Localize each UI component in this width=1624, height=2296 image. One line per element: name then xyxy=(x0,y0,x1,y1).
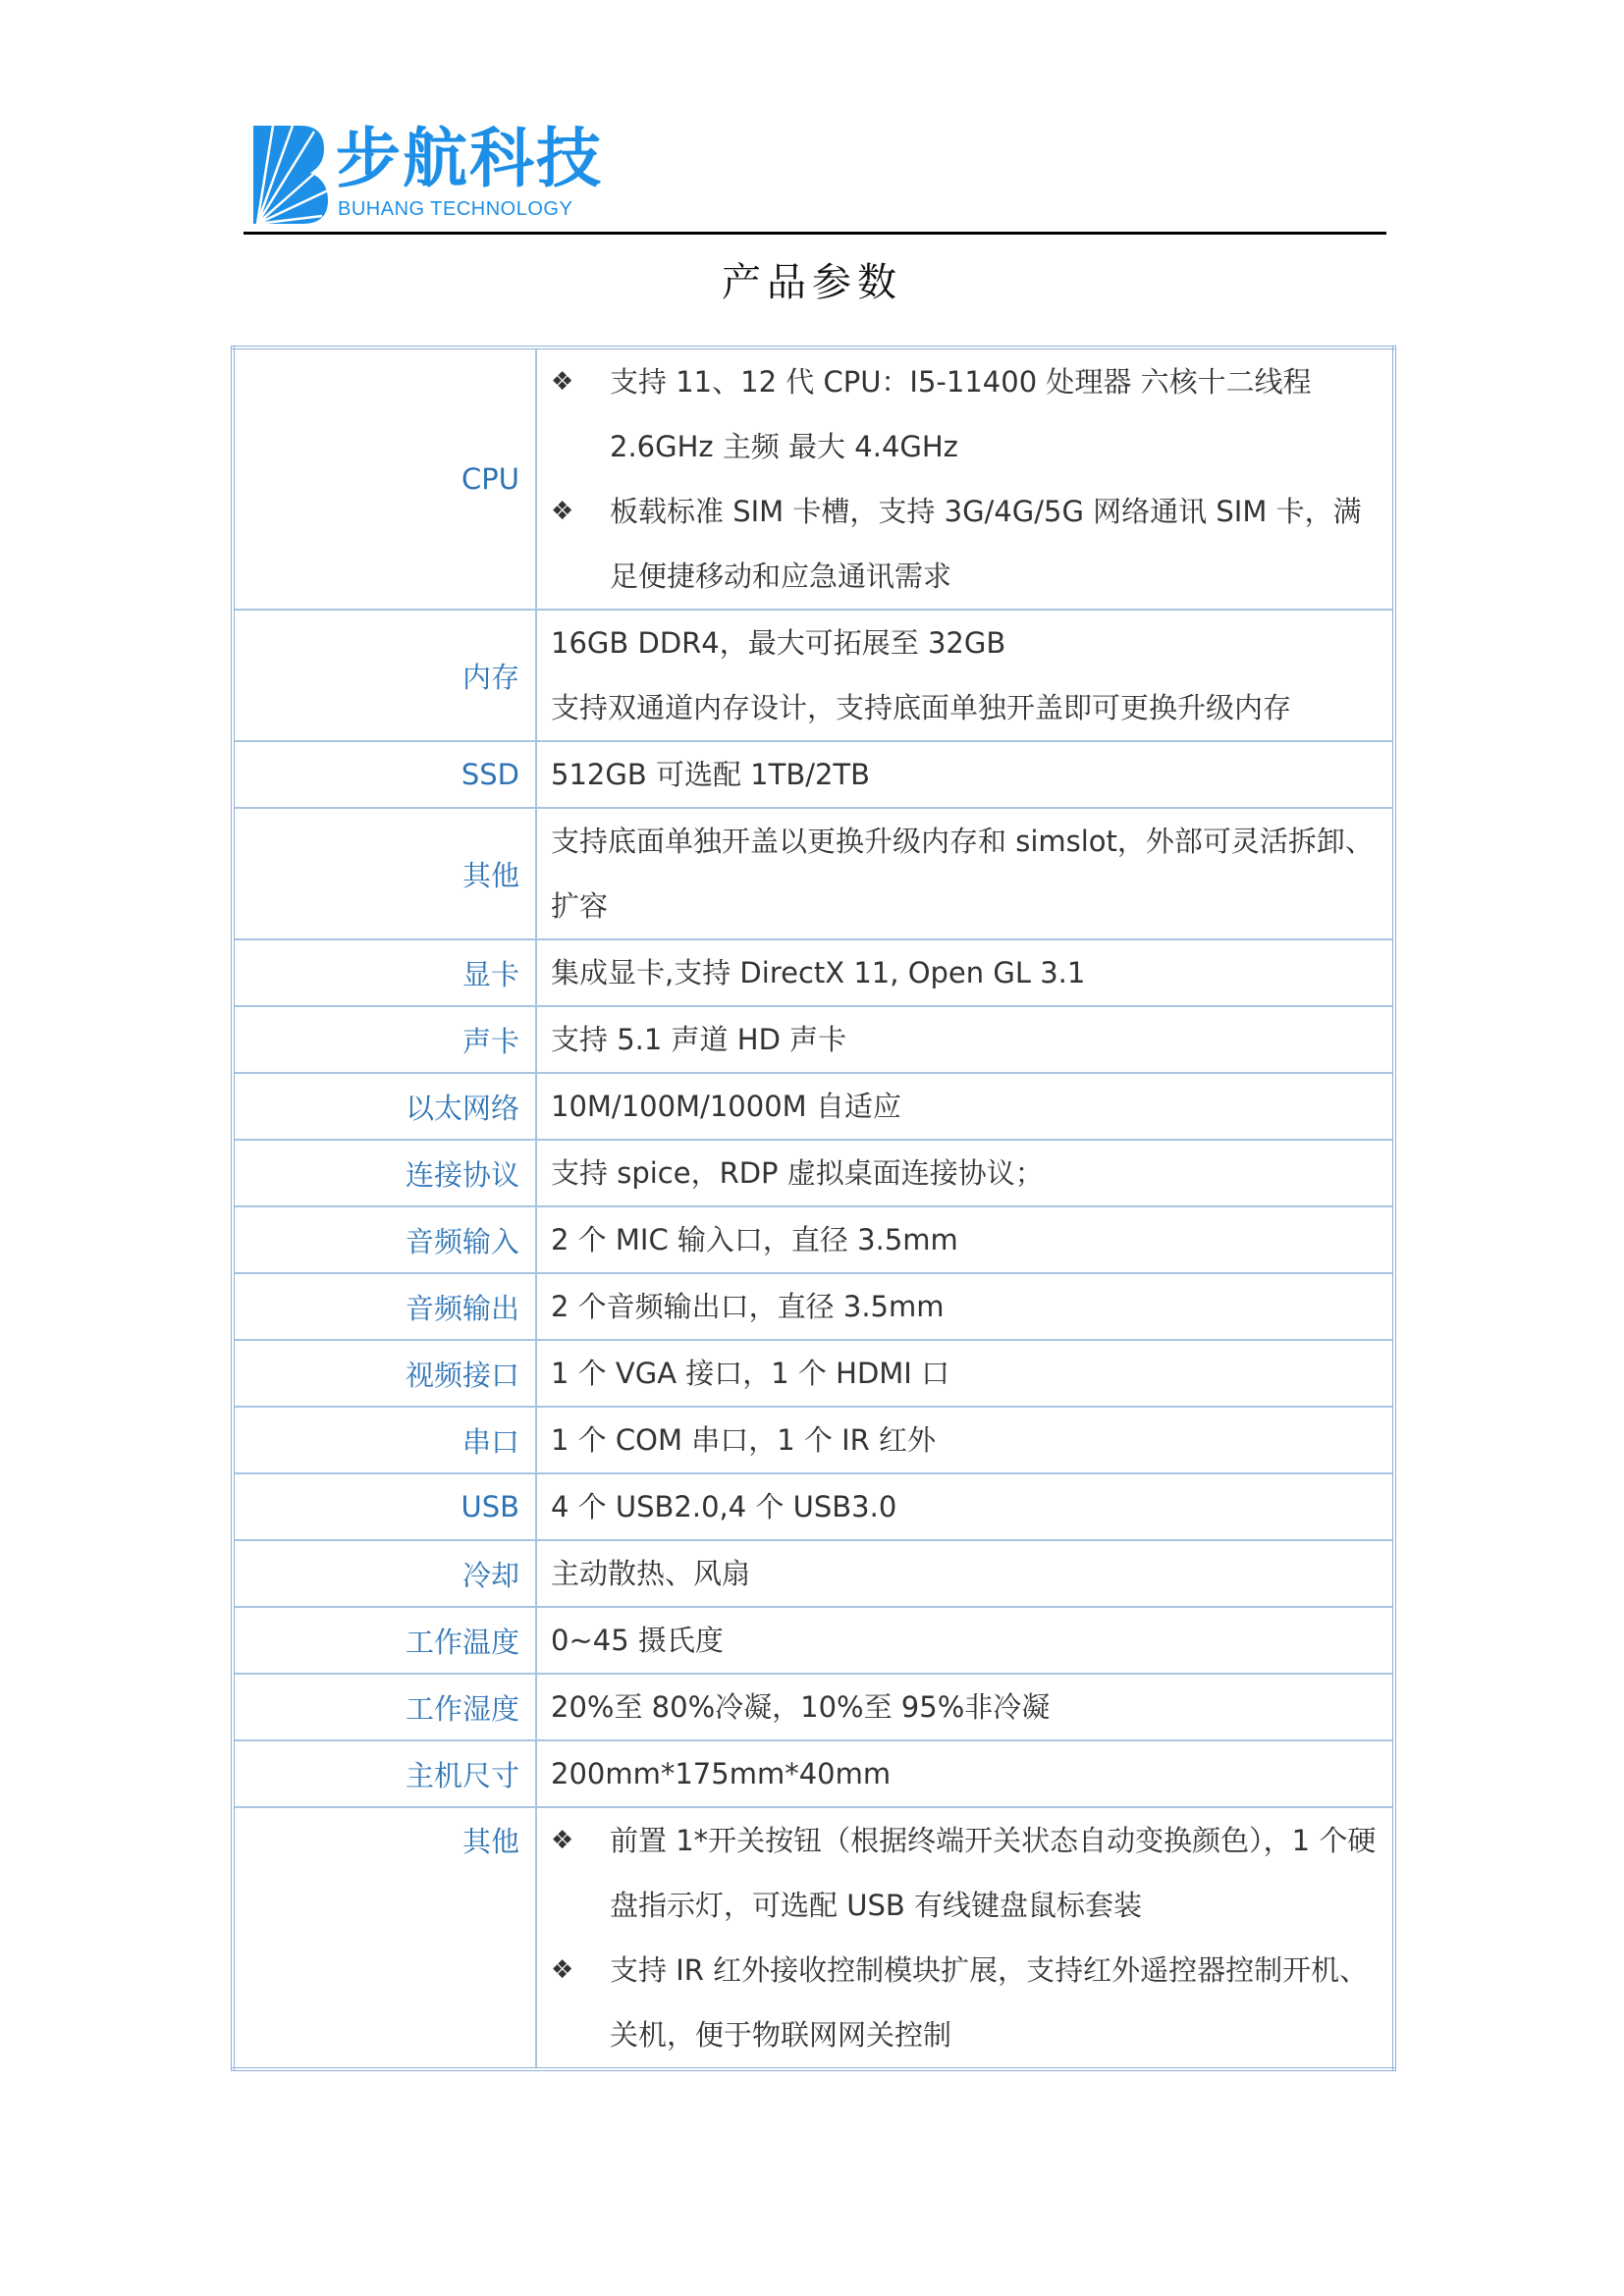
bullet-item: ❖ 板载标准 SIM 卡槽，支持 3G/4G/5G 网络通讯 SIM 卡，满足便… xyxy=(551,479,1380,609)
table-row: 工作温度 0~45 摄氏度 xyxy=(233,1607,1394,1674)
bullet-item: ❖ 支持 11、12 代 CPU：I5-11400 处理器 六核十二线程 2.6… xyxy=(551,349,1380,479)
spec-value: 支持底面单独开盖以更换升级内存和 simslot，外部可灵活拆卸、扩容 xyxy=(536,808,1394,939)
table-row: 主机尺寸 200mm*175mm*40mm xyxy=(233,1740,1394,1807)
table-row: 其他 ❖ 前置 1*开关按钮（根据终端开关状态自动变换颜色），1 个硬盘指示灯，… xyxy=(233,1807,1394,2069)
spec-label: 显卡 xyxy=(233,939,536,1006)
spec-label: 以太网络 xyxy=(233,1073,536,1140)
company-logo: 步航科技 BUHANG TECHNOLOGY xyxy=(253,126,607,228)
spec-value: 200mm*175mm*40mm xyxy=(536,1740,1394,1807)
spec-value: 2 个音频输出口，直径 3.5mm xyxy=(536,1273,1394,1340)
table-row: 显卡 集成显卡,支持 DirectX 11, Open GL 3.1 xyxy=(233,939,1394,1006)
spec-label: 冷却 xyxy=(233,1540,536,1607)
bullet-item: ❖ 支持 IR 红外接收控制模块扩展，支持红外遥控器控制开机、关机，便于物联网网… xyxy=(551,1938,1380,2067)
spec-label: 主机尺寸 xyxy=(233,1740,536,1807)
page-title: 产品参数 xyxy=(0,251,1624,307)
diamond-bullet-icon: ❖ xyxy=(551,1938,610,2002)
spec-value: ❖ 支持 11、12 代 CPU：I5-11400 处理器 六核十二线程 2.6… xyxy=(536,347,1394,610)
spec-value: 512GB 可选配 1TB/2TB xyxy=(536,741,1394,808)
spec-label: CPU xyxy=(233,347,536,610)
table-row: 音频输出 2 个音频输出口，直径 3.5mm xyxy=(233,1273,1394,1340)
table-row: 视频接口 1 个 VGA 接口，1 个 HDMI 口 xyxy=(233,1340,1394,1407)
logo-chinese-name: 步航科技 xyxy=(336,120,603,198)
table-row: 工作湿度 20%至 80%冷凝，10%至 95%非冷凝 xyxy=(233,1674,1394,1740)
table-row: 连接协议 支持 spice，RDP 虚拟桌面连接协议； xyxy=(233,1140,1394,1206)
spec-value: 4 个 USB2.0,4 个 USB3.0 xyxy=(536,1473,1394,1540)
spec-value: 0~45 摄氏度 xyxy=(536,1607,1394,1674)
spec-value: 支持 5.1 声道 HD 声卡 xyxy=(536,1006,1394,1073)
spec-label: SSD xyxy=(233,741,536,808)
spec-label: 工作温度 xyxy=(233,1607,536,1674)
spec-label: 串口 xyxy=(233,1407,536,1473)
diamond-bullet-icon: ❖ xyxy=(551,349,610,414)
spec-value: 1 个 COM 串口，1 个 IR 红外 xyxy=(536,1407,1394,1473)
table-row: 声卡 支持 5.1 声道 HD 声卡 xyxy=(233,1006,1394,1073)
spec-label: 工作湿度 xyxy=(233,1674,536,1740)
spec-value: 支持 spice，RDP 虚拟桌面连接协议； xyxy=(536,1140,1394,1206)
spec-label: 声卡 xyxy=(233,1006,536,1073)
table-row: USB 4 个 USB2.0,4 个 USB3.0 xyxy=(233,1473,1394,1540)
spec-label: 连接协议 xyxy=(233,1140,536,1206)
spec-value: 10M/100M/1000M 自适应 xyxy=(536,1073,1394,1140)
table-row: SSD 512GB 可选配 1TB/2TB xyxy=(233,741,1394,808)
spec-label: 其他 xyxy=(233,808,536,939)
table-row: 音频输入 2 个 MIC 输入口，直径 3.5mm xyxy=(233,1206,1394,1273)
table-row: 内存 16GB DDR4，最大可拓展至 32GB 支持双通道内存设计，支持底面单… xyxy=(233,610,1394,741)
spec-value: 集成显卡,支持 DirectX 11, Open GL 3.1 xyxy=(536,939,1394,1006)
spec-label: 内存 xyxy=(233,610,536,741)
table-row: 冷却 主动散热、风扇 xyxy=(233,1540,1394,1607)
table-row: 其他 支持底面单独开盖以更换升级内存和 simslot，外部可灵活拆卸、扩容 xyxy=(233,808,1394,939)
diamond-bullet-icon: ❖ xyxy=(551,1808,610,1873)
logo-english-name: BUHANG TECHNOLOGY xyxy=(338,198,572,221)
spec-label: 视频接口 xyxy=(233,1340,536,1407)
spec-value: 20%至 80%冷凝，10%至 95%非冷凝 xyxy=(536,1674,1394,1740)
spec-value: 16GB DDR4，最大可拓展至 32GB 支持双通道内存设计，支持底面单独开盖… xyxy=(536,610,1394,741)
bullet-item: ❖ 前置 1*开关按钮（根据终端开关状态自动变换颜色），1 个硬盘指示灯，可选配… xyxy=(551,1808,1380,1938)
logo-b-icon xyxy=(253,126,328,224)
spec-value: 主动散热、风扇 xyxy=(536,1540,1394,1607)
spec-label: USB xyxy=(233,1473,536,1540)
table-row: 以太网络 10M/100M/1000M 自适应 xyxy=(233,1073,1394,1140)
spec-label: 其他 xyxy=(233,1807,536,2069)
table-row: 串口 1 个 COM 串口，1 个 IR 红外 xyxy=(233,1407,1394,1473)
spec-table: CPU ❖ 支持 11、12 代 CPU：I5-11400 处理器 六核十二线程… xyxy=(231,346,1396,2071)
diamond-bullet-icon: ❖ xyxy=(551,479,610,544)
spec-label: 音频输入 xyxy=(233,1206,536,1273)
spec-label: 音频输出 xyxy=(233,1273,536,1340)
spec-value: 2 个 MIC 输入口，直径 3.5mm xyxy=(536,1206,1394,1273)
table-row: CPU ❖ 支持 11、12 代 CPU：I5-11400 处理器 六核十二线程… xyxy=(233,347,1394,610)
spec-value: 1 个 VGA 接口，1 个 HDMI 口 xyxy=(536,1340,1394,1407)
spec-value: ❖ 前置 1*开关按钮（根据终端开关状态自动变换颜色），1 个硬盘指示灯，可选配… xyxy=(536,1807,1394,2069)
header-divider xyxy=(244,232,1386,235)
